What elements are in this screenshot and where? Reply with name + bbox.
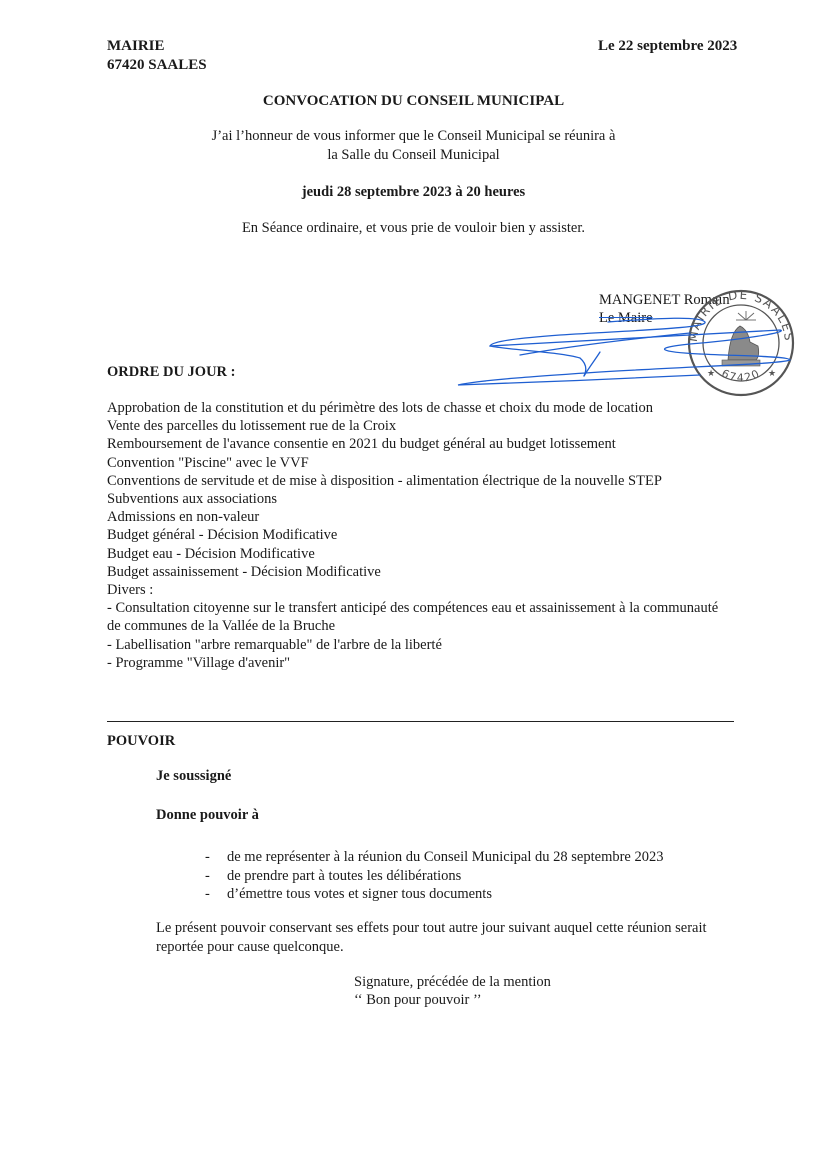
agenda-list: Approbation de la constitution et du pér… <box>107 399 718 672</box>
proxy-power-item: -de prendre part à toutes les délibérati… <box>205 867 664 886</box>
signature-instruction: Signature, précédée de la mention <box>354 973 551 991</box>
proxy-power-text: de me représenter à la réunion du Consei… <box>227 849 664 865</box>
bullet-dash: - <box>205 867 227 886</box>
agenda-item: Budget général - Décision Modificative <box>107 526 718 544</box>
agenda-item: Divers : <box>107 581 718 599</box>
svg-text:★: ★ <box>768 368 776 378</box>
agenda-item: de communes de la Vallée de la Bruche <box>107 617 718 635</box>
bullet-dash: - <box>205 848 227 867</box>
proxy-heading: POUVOIR <box>107 733 175 750</box>
agenda-item: Budget assainissement - Décision Modific… <box>107 563 718 581</box>
svg-text:67420: 67420 <box>719 367 762 385</box>
agenda-item: Remboursement de l'avance consentie en 2… <box>107 435 718 453</box>
proxy-validity-line: Le présent pouvoir conservant ses effets… <box>156 919 707 938</box>
proxy-power-item: -d’émettre tous votes et signer tous doc… <box>205 885 664 904</box>
agenda-item: Convention "Piscine" avec le VVF <box>107 454 718 472</box>
agenda-item: - Labellisation "arbre remarquable" de l… <box>107 636 718 654</box>
agenda-item: Vente des parcelles du lotissement rue d… <box>107 417 718 435</box>
proxy-validity-paragraph: Le présent pouvoir conservant ses effets… <box>156 919 707 957</box>
proxy-power-item: -de me représenter à la réunion du Conse… <box>205 848 664 867</box>
mairie-stamp-icon: MAIRIE DE SAALES 67420 ★ ★ <box>686 288 796 395</box>
signature-mention: ‘‘ Bon pour pouvoir ’’ <box>354 991 551 1009</box>
agenda-item: Subventions aux associations <box>107 490 718 508</box>
agenda-item: Budget eau - Décision Modificative <box>107 545 718 563</box>
proxy-validity-line: reportée pour cause quelconque. <box>156 938 707 957</box>
bullet-dash: - <box>205 885 227 904</box>
agenda-heading: ORDRE DU JOUR : <box>107 364 235 381</box>
proxy-powers-list: -de me représenter à la réunion du Conse… <box>205 848 664 904</box>
agenda-item: Conventions de servitude et de mise à di… <box>107 472 718 490</box>
svg-text:★: ★ <box>707 368 715 378</box>
proxy-undersigned-label: Je soussigné <box>156 768 231 785</box>
proxy-power-text: d’émettre tous votes et signer tous docu… <box>227 886 492 902</box>
proxy-gives-power-label: Donne pouvoir à <box>156 807 259 824</box>
agenda-item: Admissions en non-valeur <box>107 508 718 526</box>
proxy-signature-block: Signature, précédée de la mention ‘‘ Bon… <box>354 973 551 1009</box>
proxy-power-text: de prendre part à toutes les délibératio… <box>227 868 461 884</box>
agenda-item: Approbation de la constitution et du pér… <box>107 399 718 417</box>
agenda-item: - Consultation citoyenne sur le transfer… <box>107 599 718 617</box>
section-divider <box>107 721 734 722</box>
agenda-item: - Programme "Village d'avenir" <box>107 654 718 672</box>
